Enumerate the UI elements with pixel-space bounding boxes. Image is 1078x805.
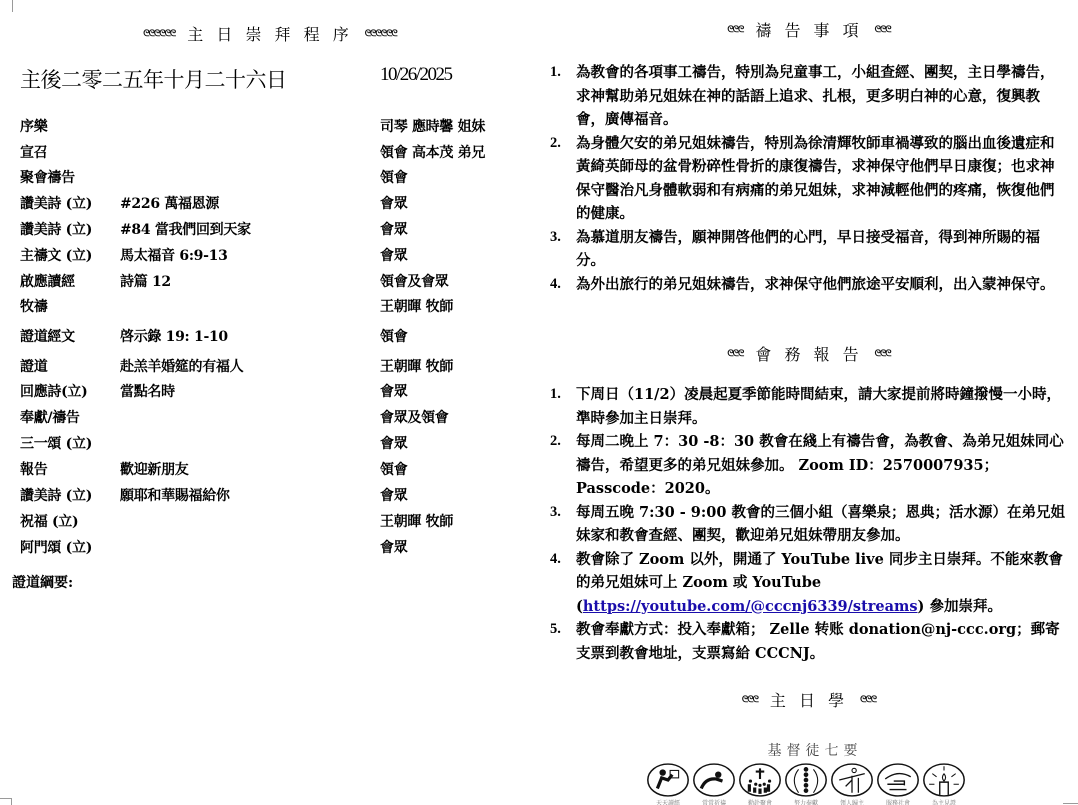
service-item: 主禱文 (立): [20, 245, 92, 265]
essential-caption: 天天讀經: [656, 798, 680, 805]
praying-icon: [692, 763, 736, 797]
service-row: 牧禱王朝暉 牧師: [20, 296, 520, 318]
essential-item: 服務社會: [875, 763, 921, 805]
service-content: 願耶和華賜福給你: [120, 485, 230, 505]
service-row: 報告歡迎新朋友領會: [20, 459, 520, 481]
ornament-icon: ᘓᘓᘓ: [727, 349, 743, 359]
service-leader: 領會: [380, 459, 407, 479]
ornament-icon: ᘓᘓᘓ: [875, 25, 891, 35]
service-row: 讚美詩 (立)#226 萬福恩源會眾: [20, 193, 520, 215]
gathering-icon: [738, 763, 782, 797]
service-leader: 會眾: [380, 193, 407, 213]
service-content: 馬太福音 6:9-13: [120, 245, 228, 265]
service-leader: 會眾: [380, 219, 407, 239]
announcements-list: 1.下周日（11/2）凌晨起夏季節能時間結束，請大家提前將時鐘撥慢一小時，準時參…: [550, 383, 1065, 665]
item-number: 3.: [550, 226, 561, 250]
serving-icon: [876, 763, 920, 797]
essential-item: 努力奉獻: [783, 763, 829, 805]
item-number: 4.: [550, 273, 561, 297]
service-item: 序樂: [20, 116, 47, 136]
item-number: 4.: [550, 548, 561, 572]
list-item: 5.教會奉獻方式：投入奉獻箱； Zelle 转账 donation@nj-ccc…: [550, 618, 1065, 665]
heading-text: 禱 告 事 項: [755, 18, 862, 41]
item-number: 1.: [550, 61, 561, 85]
service-leader: 會眾: [380, 433, 407, 453]
item-number: 1.: [550, 383, 561, 407]
service-leader: 會眾: [380, 537, 407, 557]
heading-text: 主 日 學: [770, 688, 848, 711]
service-content: 歡迎新朋友: [120, 459, 189, 479]
item-number: 2.: [550, 132, 561, 156]
list-item: 3.為慕道朋友禱告，願神開啓他們的心門，早日接受福音，得到神所賜的福分。: [550, 226, 1065, 273]
service-row: 回應詩(立)當點名時會眾: [20, 381, 520, 403]
announcements-heading: ᘓᘓᘓ 會 務 報 告 ᘓᘓᘓ: [540, 342, 1078, 365]
service-row: 主禱文 (立)馬太福音 6:9-13會眾: [20, 245, 520, 267]
service-item: 回應詩(立): [20, 381, 87, 401]
service-item: 宣召: [20, 142, 47, 162]
service-item: 證道經文: [20, 326, 75, 346]
service-item: 證道: [20, 356, 47, 376]
essential-caption: 為主見證: [932, 798, 956, 805]
service-item: 三一頌 (立): [20, 433, 92, 453]
service-row: 祝福 (立)王朝暉 牧師: [20, 511, 520, 533]
list-item: 4.教會除了 Zoom 以外，開通了 YouTube live 同步主日崇拜。不…: [550, 548, 1065, 619]
date-chinese: 主後二零二五年十月二十六日: [20, 64, 287, 94]
service-row: 證道赴羔羊婚筵的有福人王朝暉 牧師: [20, 356, 520, 378]
service-leader: 領會: [380, 326, 407, 346]
ornament-icon: ᘓᘓᘓᘓᘓᘓ: [143, 29, 175, 39]
service-item: 祝福 (立): [20, 511, 78, 531]
service-row: 阿門頌 (立)會眾: [20, 537, 520, 559]
list-item: 2.每周二晚上 7：30 -8：30 教會在綫上有禱告會，為教會、為弟兄姐妹同心…: [550, 430, 1065, 501]
heading-text: 主 日 崇 拜 程 序: [187, 22, 352, 45]
essential-item: 領人歸主: [829, 763, 875, 805]
service-item: 牧禱: [20, 296, 47, 316]
service-leader: 會眾: [380, 485, 407, 505]
item-text: 每周二晚上 7：30 -8：30 教會在綫上有禱告會，為教會、為弟兄姐妹同心禱告…: [576, 433, 1064, 497]
ornament-icon: ᘓᘓᘓ: [727, 25, 743, 35]
service-item: 讚美詩 (立): [20, 193, 92, 213]
service-content: 赴羔羊婚筵的有福人: [120, 356, 243, 376]
reading-icon: [646, 763, 690, 797]
youtube-link[interactable]: https://youtube.com/@cccnj6339/streams: [583, 598, 918, 615]
item-text: 為慕道朋友禱告，願神開啓他們的心門，早日接受福音，得到神所賜的福分。: [576, 229, 1040, 270]
service-leader: 司琴 應時馨 姐妹: [380, 116, 485, 136]
essential-item: 常常祈禱: [691, 763, 737, 805]
service-item: 報告: [20, 459, 47, 479]
item-number: 5.: [550, 618, 561, 642]
service-leader: 王朝暉 牧師: [380, 296, 453, 316]
service-content: 詩篇 12: [120, 271, 171, 291]
list-item: 3.每周五晚 7:30 - 9:00 教會的三個小組（喜樂泉；恩典；活水源）在弟…: [550, 501, 1065, 548]
service-item: 啟應讀經: [20, 271, 75, 291]
essential-caption: 勤赴聚會: [748, 798, 772, 805]
essential-item: 勤赴聚會: [737, 763, 783, 805]
essential-caption: 服務社會: [886, 798, 910, 805]
service-row: 序樂司琴 應時馨 姐妹: [20, 116, 520, 138]
service-item: 阿門頌 (立): [20, 537, 92, 557]
service-row: 證道經文啓示錄 19: 1-10領會: [20, 326, 520, 348]
item-text: 下周日（11/2）凌晨起夏季節能時間結束，請大家提前將時鐘撥慢一小時，準時參加主…: [576, 386, 1061, 427]
essential-item: 為主見證: [921, 763, 967, 805]
service-item: 奉獻/禱告: [20, 407, 80, 427]
service-content: #226 萬福恩源: [120, 193, 219, 213]
sermon-outline-label: 證道綱要:: [12, 572, 73, 592]
prayer-heading: ᘓᘓᘓ 禱 告 事 項 ᘓᘓᘓ: [540, 18, 1078, 41]
sunday-school-heading: ᘓᘓᘓ 主 日 學 ᘓᘓᘓ: [540, 688, 1078, 711]
essential-caption: 常常祈禱: [702, 798, 726, 805]
item-text: 為身體欠安的弟兄姐妹禱告，特別為徐清輝牧師車禍導致的腦出血後遺症和黃綺英師母的盆…: [576, 135, 1055, 223]
seven-essentials-title: 基督徒七要: [655, 740, 975, 760]
announcements-page: ᘓᘓᘓ 禱 告 事 項 ᘓᘓᘓ 1.為教會的各項事工禱告，特別為兒童事工，小組查…: [540, 0, 1078, 805]
item-number: 3.: [550, 501, 561, 525]
witness-icon: [922, 763, 966, 797]
item-text: 每周五晚 7:30 - 9:00 教會的三個小組（喜樂泉；恩典；活水源）在弟兄姐…: [576, 504, 1065, 545]
service-item: 讚美詩 (立): [20, 219, 92, 239]
prayer-list: 1.為教會的各項事工禱告，特別為兒童事工，小組查經、團契，主日學禱告，求神幫助弟…: [550, 61, 1065, 296]
service-item: 讚美詩 (立): [20, 485, 92, 505]
item-number: 2.: [550, 430, 561, 454]
list-item: 2.為身體欠安的弟兄姐妹禱告，特別為徐清輝牧師車禍導致的腦出血後遺症和黃綺英師母…: [550, 132, 1065, 226]
service-leader: 領會 高本茂 弟兄: [380, 142, 485, 162]
order-of-service-heading: ᘓᘓᘓᘓᘓᘓ 主 日 崇 拜 程 序 ᘓᘓᘓᘓᘓᘓ: [0, 22, 540, 45]
service-row: 宣召領會 高本茂 弟兄: [20, 142, 520, 164]
service-leader: 王朝暉 牧師: [380, 356, 453, 376]
service-content: #84 當我們回到天家: [120, 219, 251, 239]
list-item: 1.下周日（11/2）凌晨起夏季節能時間結束，請大家提前將時鐘撥慢一小時，準時參…: [550, 383, 1065, 430]
service-content: 啓示錄 19: 1-10: [120, 326, 228, 346]
service-row: 讚美詩 (立)#84 當我們回到天家會眾: [20, 219, 520, 241]
service-row: 讚美詩 (立)願耶和華賜福給你會眾: [20, 485, 520, 507]
heading-text: 會 務 報 告: [755, 342, 862, 365]
essential-caption: 努力奉獻: [794, 798, 818, 805]
service-item: 聚會禱告: [20, 167, 75, 187]
offering-icon: [784, 763, 828, 797]
date-numeric: 10/26/2025: [380, 64, 452, 86]
item-text: 為教會的各項事工禱告，特別為兒童事工，小組查經、團契，主日學禱告，求神幫助弟兄姐…: [576, 64, 1055, 128]
service-row: 三一頌 (立)會眾: [20, 433, 520, 455]
service-leader: 領會: [380, 167, 407, 187]
service-leader: 領會及會眾: [380, 271, 449, 291]
item-text: 為外出旅行的弟兄姐妹禱告，求神保守他們旅途平安順利，出入蒙神保守。: [576, 276, 1055, 293]
service-leader: 會眾: [380, 245, 407, 265]
service-leader: 王朝暉 牧師: [380, 511, 453, 531]
ornament-icon: ᘓᘓᘓ: [875, 349, 891, 359]
order-of-service-page: ᘓᘓᘓᘓᘓᘓ 主 日 崇 拜 程 序 ᘓᘓᘓᘓᘓᘓ 主後二零二五年十月二十六日 …: [0, 0, 540, 805]
item-text: 教會奉獻方式：投入奉獻箱； Zelle 转账 donation@nj-ccc.o…: [576, 621, 1060, 662]
service-leader: 會眾及領會: [380, 407, 449, 427]
leading-icon: [830, 763, 874, 797]
essential-caption: 領人歸主: [840, 798, 864, 805]
seven-essentials-graphic: 基督徒七要 天天讀經常常祈禱勤赴聚會努力奉獻領人歸主服務社會為主見證: [645, 740, 975, 805]
essential-item: 天天讀經: [645, 763, 691, 805]
list-item: 4.為外出旅行的弟兄姐妹禱告，求神保守他們旅途平安順利，出入蒙神保守。: [550, 273, 1065, 297]
ornament-icon: ᘓᘓᘓ: [860, 695, 876, 705]
service-content: 當點名時: [120, 381, 175, 401]
item-text: ) 參加崇拜。: [918, 598, 1002, 615]
ornament-icon: ᘓᘓᘓᘓᘓᘓ: [365, 29, 397, 39]
service-row: 啟應讀經詩篇 12領會及會眾: [20, 271, 520, 293]
list-item: 1.為教會的各項事工禱告，特別為兒童事工，小組查經、團契，主日學禱告，求神幫助弟…: [550, 61, 1065, 132]
ornament-icon: ᘓᘓᘓ: [742, 695, 758, 705]
service-row: 奉獻/禱告會眾及領會: [20, 407, 520, 429]
service-row: 聚會禱告領會: [20, 167, 520, 189]
seven-essentials-icons: 天天讀經常常祈禱勤赴聚會努力奉獻領人歸主服務社會為主見證: [645, 763, 975, 805]
service-leader: 會眾: [380, 381, 407, 401]
